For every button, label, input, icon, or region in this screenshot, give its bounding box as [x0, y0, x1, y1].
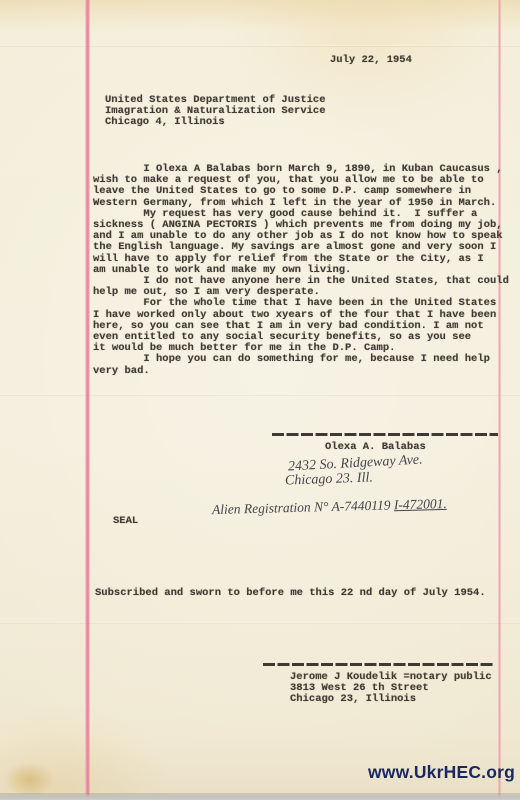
- paper-stain: [6, 756, 58, 796]
- notary-signature-rule: [263, 663, 494, 666]
- recipient-address-block: United States Department of JusticeImagr…: [105, 95, 326, 129]
- recipient-address-line: Chicago 4, Illinois: [105, 117, 326, 128]
- handwritten-address-line2: Chicago 23. Ill.: [285, 470, 373, 489]
- alien-registration-number: I-472001.: [394, 496, 447, 512]
- letter-body: I Olexa A Balabas born March 9, 1890, in…: [93, 164, 509, 377]
- sworn-statement: Subscribed and sworn to before me this 2…: [95, 588, 486, 599]
- left-margin-rule: [85, 0, 90, 800]
- website-watermark: www.UkrHEC.org: [368, 762, 508, 783]
- scanned-letter-screenshot: July 22, 1954 United States Department o…: [0, 0, 520, 800]
- letter-page: July 22, 1954 United States Department o…: [0, 0, 520, 800]
- seal-label: SEAL: [113, 516, 138, 527]
- letter-body-line: the English language. My savings are alm…: [93, 242, 509, 253]
- letter-body-line: very bad.: [93, 366, 509, 377]
- notary-address-line: Chicago 23, Illinois: [290, 694, 492, 705]
- paper-bottom-edge: [0, 793, 520, 800]
- fold-crease-top: [0, 45, 520, 47]
- signature-rule: [272, 433, 498, 436]
- notary-address-block: Jerome J Koudelik =notary public3813 Wes…: [290, 672, 492, 706]
- letter-date: July 22, 1954: [330, 55, 412, 66]
- letter-body-line: For the whole time that I have been in t…: [93, 298, 509, 309]
- letter-body-line: I hope you can do something for me, beca…: [93, 354, 509, 365]
- alien-registration-prefix: Alien Registration N° A-7440119: [212, 497, 394, 517]
- letter-body-line: leave the United States to go to some D.…: [93, 186, 509, 197]
- typed-signature-name: Olexa A. Balabas: [325, 442, 426, 453]
- fold-crease-bottom: [0, 622, 520, 624]
- right-margin-rule: [498, 0, 501, 800]
- handwritten-alien-registration: Alien Registration N° A-7440119 I-472001…: [212, 496, 447, 518]
- fold-crease-middle: [0, 394, 520, 396]
